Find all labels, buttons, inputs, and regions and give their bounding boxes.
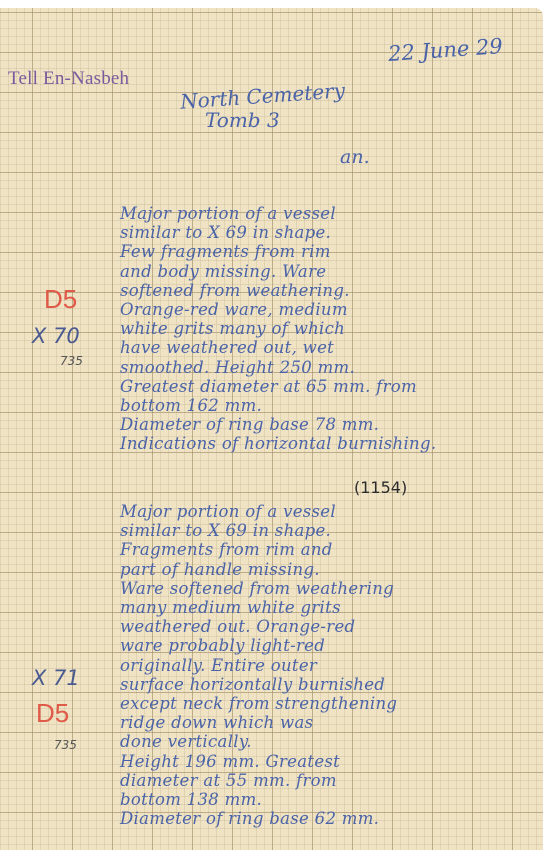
text-line: Fragments from rim and [120, 540, 397, 559]
text-line: bottom 162 mm. [120, 396, 436, 415]
entry-x70-description: Major portion of a vessel similar to X 6… [120, 204, 436, 454]
location-tomb: Tomb 3 [205, 108, 280, 132]
text-line: smoothed. Height 250 mm. [120, 358, 436, 377]
entry-date: 22 June 29 [387, 34, 503, 66]
catalog-number: 735 [60, 354, 83, 368]
text-line: ridge down which was [120, 713, 397, 732]
text-line: Diameter of ring base 62 mm. [120, 809, 397, 828]
text-line: ware probably light-red [120, 636, 397, 655]
text-line: similar to X 69 in shape. [120, 521, 397, 540]
text-line: and body missing. Ware [120, 262, 436, 281]
text-line: part of handle missing. [120, 560, 397, 579]
text-line: Major portion of a vessel [120, 502, 397, 521]
margin-code-d5: D5 [44, 284, 77, 315]
reference-number: (1154) [354, 478, 407, 497]
object-number-x71: X 71 [32, 666, 80, 690]
text-line: Few fragments from rim [120, 242, 436, 261]
text-line: bottom 138 mm. [120, 790, 397, 809]
object-number-x70: X 70 [32, 324, 80, 348]
header-note: an. [340, 146, 370, 168]
text-line: weathered out. Orange-red [120, 617, 397, 636]
text-line: Orange-red ware, medium [120, 300, 436, 319]
text-line: Ware softened from weathering [120, 579, 397, 598]
text-line: surface horizontally burnished [120, 675, 397, 694]
margin-code-d5: D5 [36, 698, 69, 729]
text-line: Indications of horizontal burnishing. [120, 434, 436, 453]
entry-x71-description: Major portion of a vessel similar to X 6… [120, 502, 397, 828]
text-line: diameter at 55 mm. from [120, 771, 397, 790]
text-line: Major portion of a vessel [120, 204, 436, 223]
text-line: done vertically. [120, 732, 397, 751]
site-stamp: Tell En-Nasbeh [8, 68, 129, 90]
text-line: except neck from strengthening [120, 694, 397, 713]
text-line: have weathered out, wet [120, 338, 436, 357]
text-line: Greatest diameter at 65 mm. from [120, 377, 436, 396]
text-line: originally. Entire outer [120, 656, 397, 675]
catalog-number: 735 [54, 738, 77, 752]
text-line: Height 196 mm. Greatest [120, 752, 397, 771]
graph-paper-page: Tell En-Nasbeh 22 June 29 North Cemetery… [0, 8, 543, 850]
text-line: similar to X 69 in shape. [120, 223, 436, 242]
text-line: Diameter of ring base 78 mm. [120, 415, 436, 434]
text-line: white grits many of which [120, 319, 436, 338]
text-line: many medium white grits [120, 598, 397, 617]
text-line: softened from weathering. [120, 281, 436, 300]
